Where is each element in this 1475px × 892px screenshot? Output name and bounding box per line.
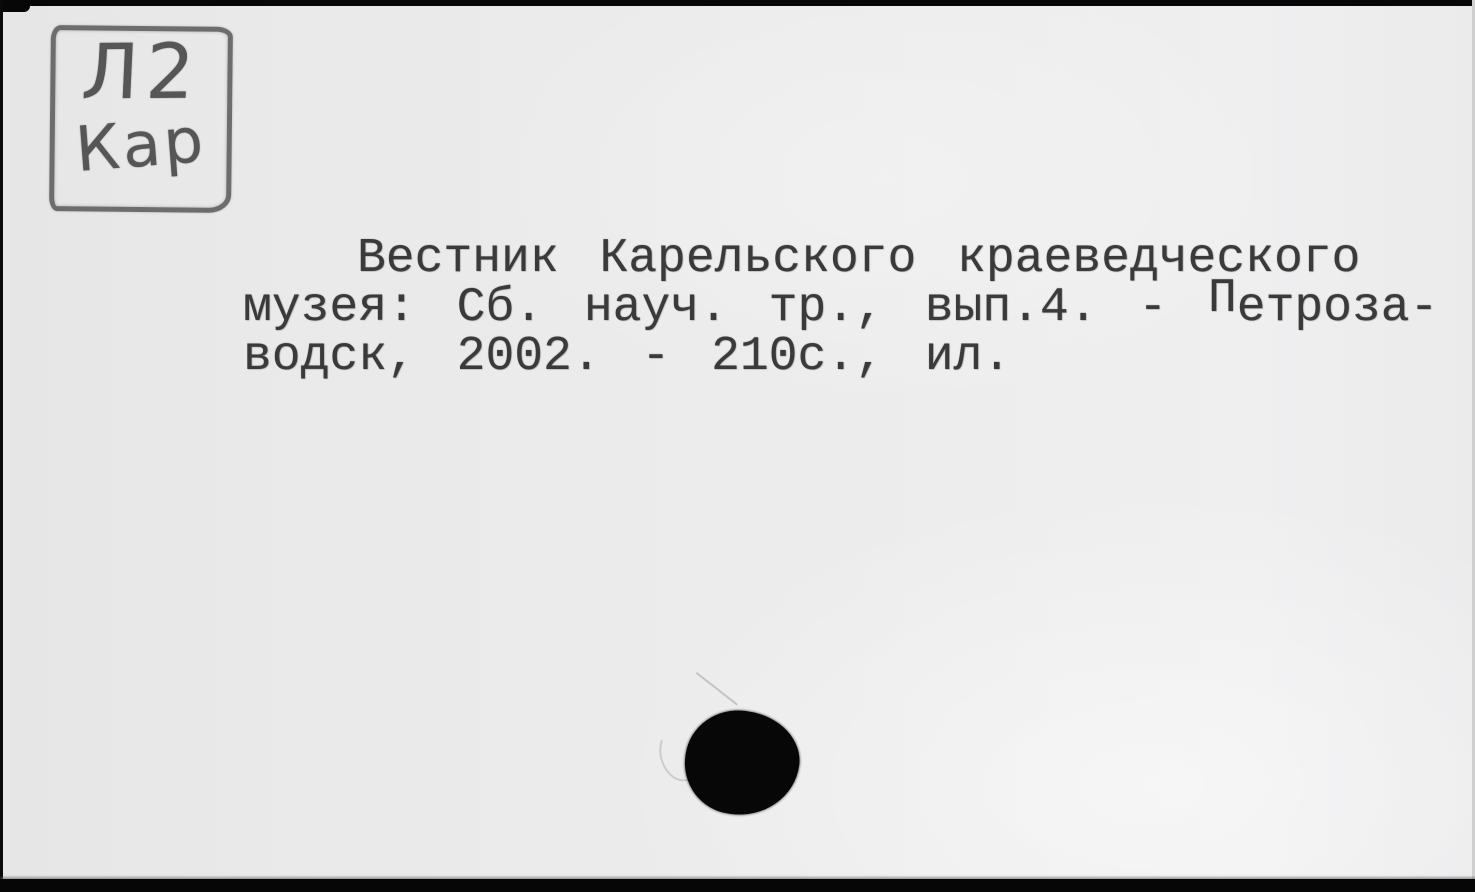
ink-blot xyxy=(678,704,805,823)
scan-edge-top xyxy=(0,0,1475,6)
entry-line-2: музея: Сб. науч. тр., вып.4. - Петроза- xyxy=(243,284,1463,333)
entry-line-2-start: музея: Сб. науч. тр., вып.4. - xyxy=(243,281,1208,335)
scan-edge-bottom xyxy=(0,879,1475,892)
catalog-entry-text: Вестник Карельского краеведческого музея… xyxy=(243,235,1463,382)
entry-line-2-raised-letter: П xyxy=(1208,272,1237,326)
entry-line-3: водск, 2002. - 210с., ил. xyxy=(243,333,1463,382)
entry-line-1: Вестник Карельского краеведческого xyxy=(243,235,1463,284)
scan-edge-left xyxy=(0,0,3,892)
library-call-number-stamp: Л2 Кар xyxy=(49,25,233,213)
stamp-code-line2: Кар xyxy=(53,108,229,181)
scanned-card: Л2 Кар Вестник Карельского краеведческог… xyxy=(0,0,1475,892)
scratch-mark xyxy=(696,672,738,706)
entry-line-2-end: етроза- xyxy=(1237,281,1439,335)
scan-edge-top-left-corner xyxy=(0,0,30,12)
stamp-code-line1: Л2 xyxy=(54,30,230,113)
